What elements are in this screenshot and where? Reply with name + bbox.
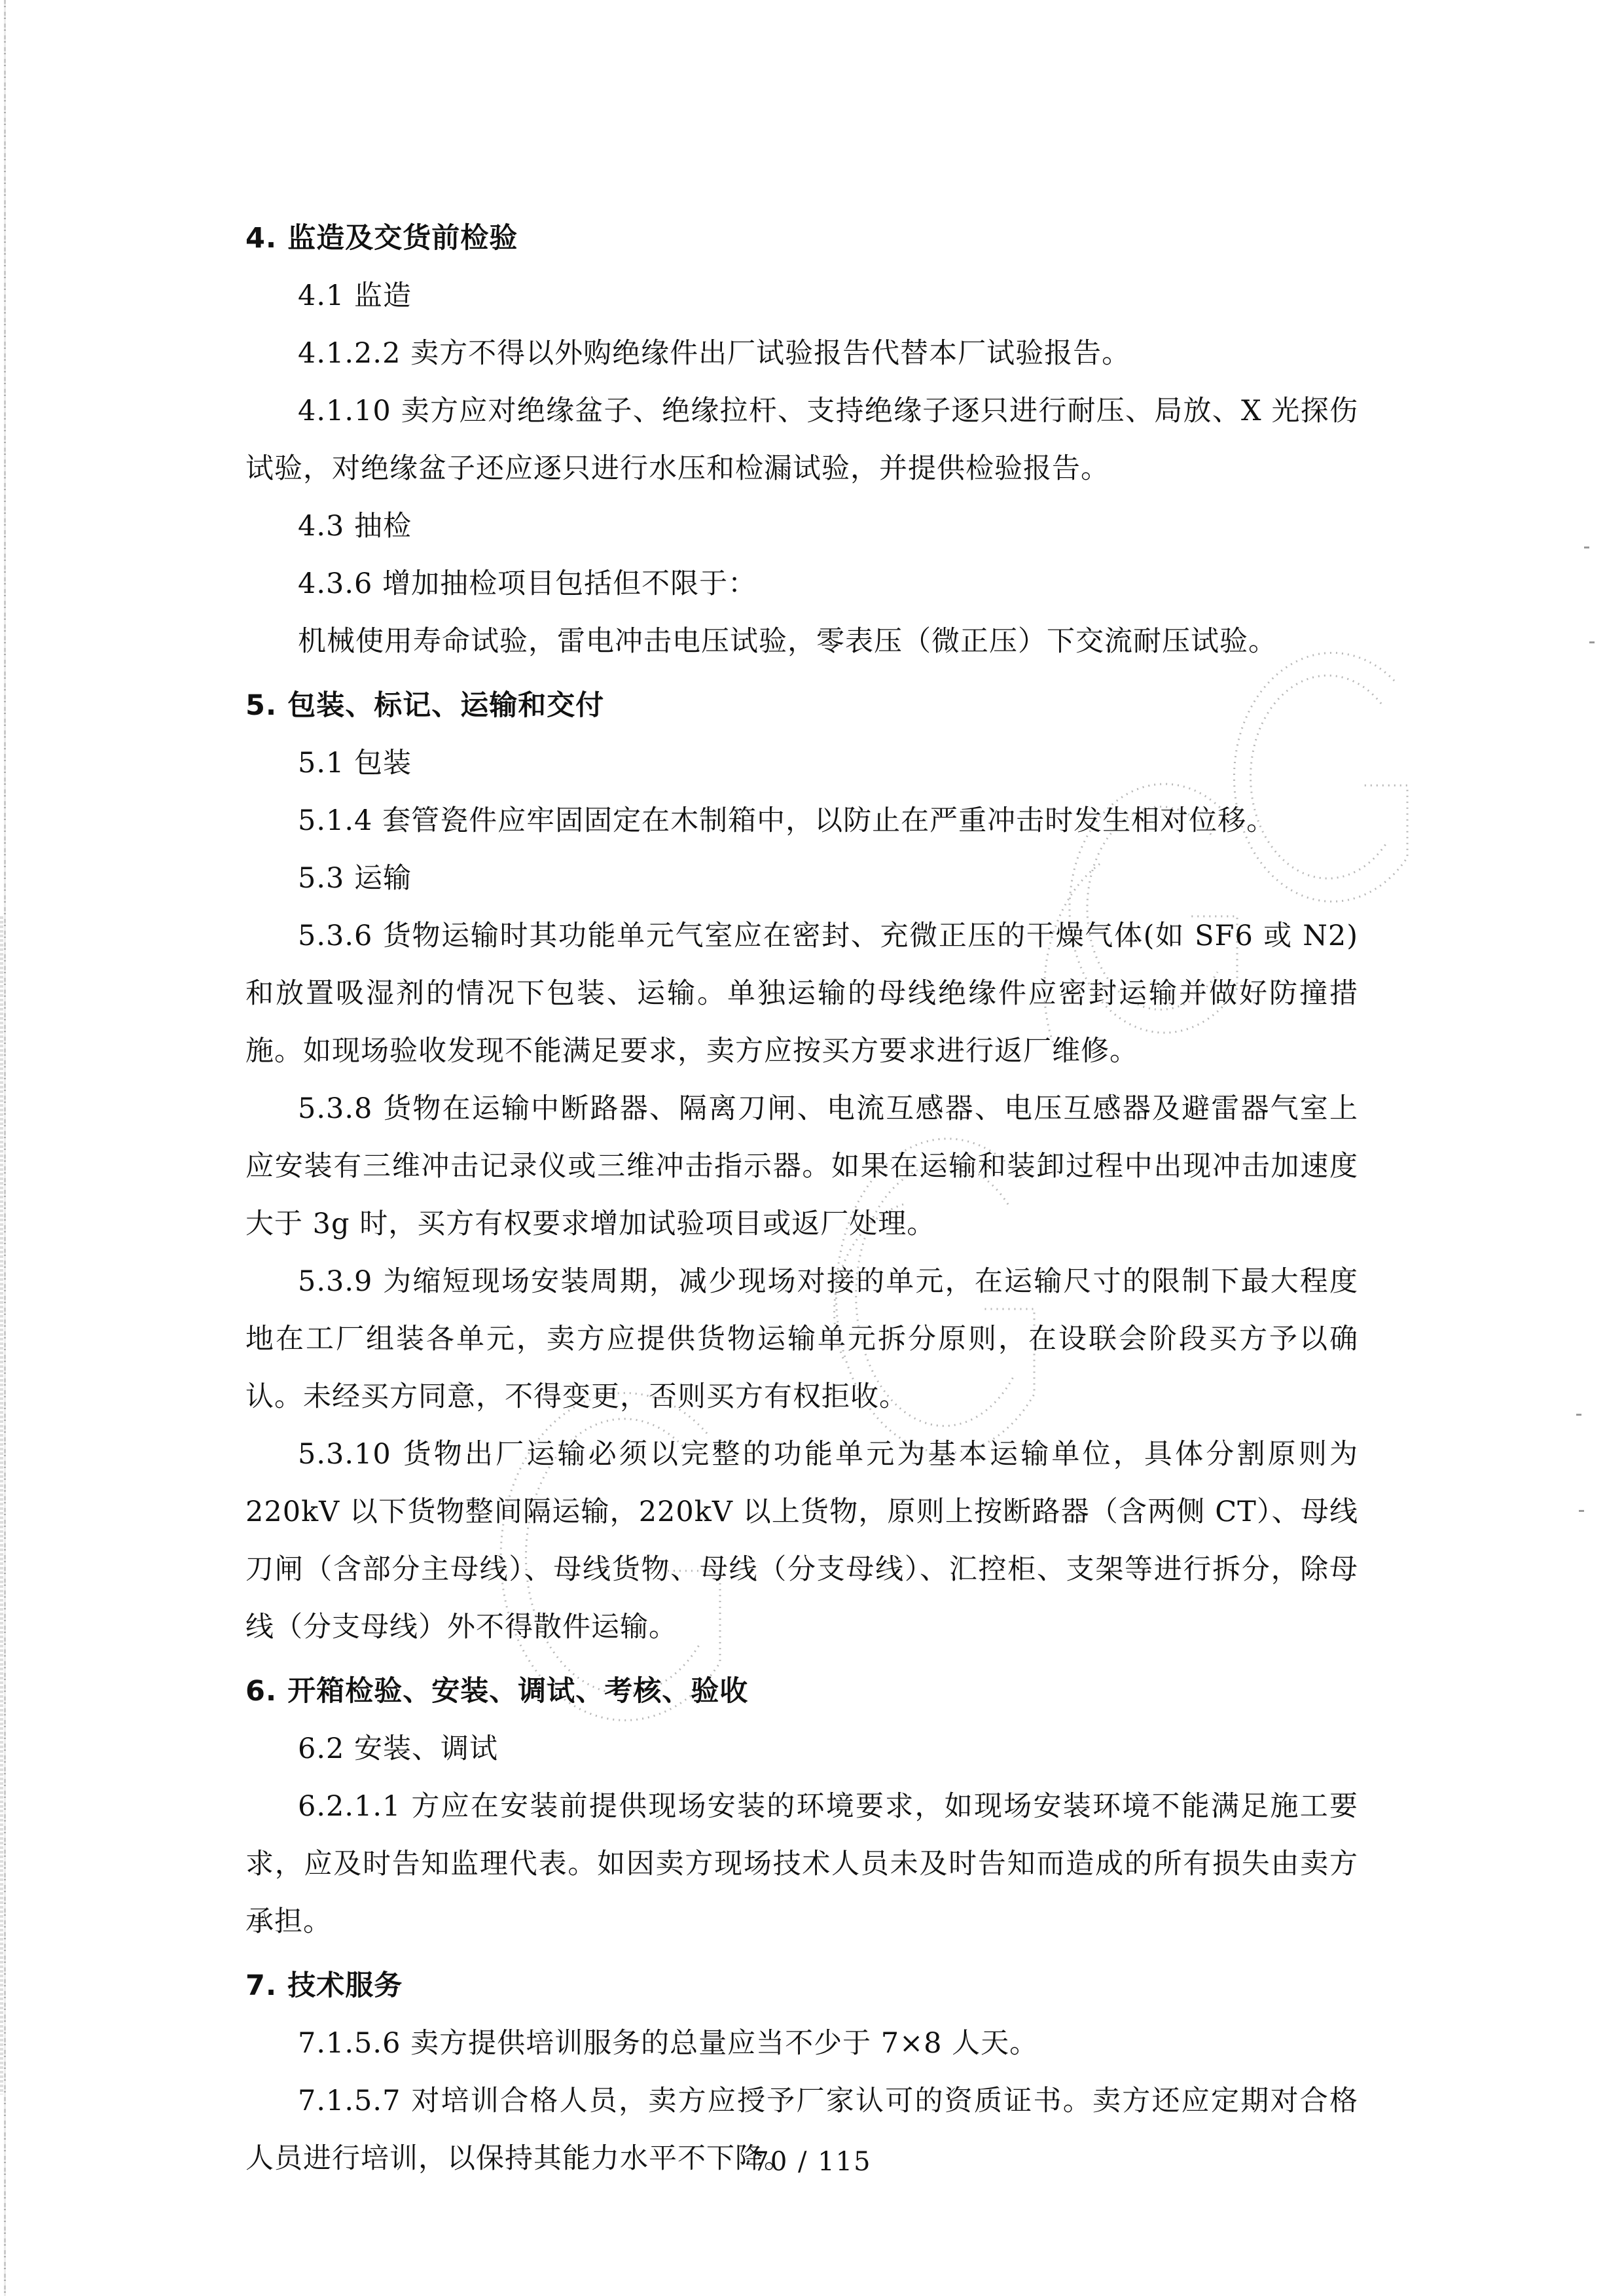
scan-edge-artifact	[4, 0, 6, 2296]
paragraph: 6.2.1.1 方应在安装前提供现场安装的环境要求，如现场安装环境不能满足施工要…	[245, 1778, 1358, 1950]
subsection-heading: 4.1 监造	[245, 267, 1358, 325]
subsection-heading: 6.2 安装、调试	[245, 1720, 1358, 1778]
subsection-heading: 4.3 抽检	[245, 497, 1358, 555]
scan-speck	[1579, 1510, 1584, 1512]
paragraph: 5.1.4 套管瓷件应牢固固定在木制箱中，以防止在严重冲击时发生相对位移。	[245, 792, 1358, 850]
scan-speck	[1589, 641, 1595, 643]
page-number: 70 / 115	[0, 2147, 1624, 2177]
subsection-heading: 5.3 运输	[245, 850, 1358, 907]
paragraph: 4.1.2.2 卖方不得以外购绝缘件出厂试验报告代替本厂试验报告。	[245, 325, 1358, 382]
paragraph: 4.1.10 卖方应对绝缘盆子、绝缘拉杆、支持绝缘子逐只进行耐压、局放、X 光探…	[245, 382, 1358, 497]
paragraph: 5.3.6 货物运输时其功能单元气室应在密封、充微正压的干燥气体(如 SF6 或…	[245, 907, 1358, 1080]
subsection-heading: 5.1 包装	[245, 734, 1358, 792]
scan-edge-artifact	[0, 916, 3, 2094]
paragraph: 机械使用寿命试验，雷电冲击电压试验，零表压（微正压）下交流耐压试验。	[245, 613, 1358, 670]
section-heading: 4. 监造及交货前检验	[245, 209, 1358, 267]
scan-speck	[1584, 547, 1589, 548]
scan-speck	[1576, 1414, 1581, 1416]
section-heading: 7. 技术服务	[245, 1957, 1358, 2015]
document-body: 4. 监造及交货前检验 4.1 监造 4.1.2.2 卖方不得以外购绝缘件出厂试…	[245, 209, 1358, 2187]
paragraph: 4.3.6 增加抽检项目包括但不限于：	[245, 555, 1358, 613]
paragraph: 5.3.8 货物在运输中断路器、隔离刀闸、电流互感器、电压互感器及避雷器气室上应…	[245, 1080, 1358, 1253]
paragraph: 5.3.10 货物出厂运输必须以完整的功能单元为基本运输单位，具体分割原则为 2…	[245, 1426, 1358, 1656]
paragraph: 5.3.9 为缩短现场安装周期，减少现场对接的单元，在运输尺寸的限制下最大程度地…	[245, 1253, 1358, 1426]
paragraph: 7.1.5.6 卖方提供培训服务的总量应当不少于 7×8 人天。	[245, 2015, 1358, 2072]
section-heading: 6. 开箱检验、安装、调试、考核、验收	[245, 1662, 1358, 1720]
section-heading: 5. 包装、标记、运输和交付	[245, 677, 1358, 734]
